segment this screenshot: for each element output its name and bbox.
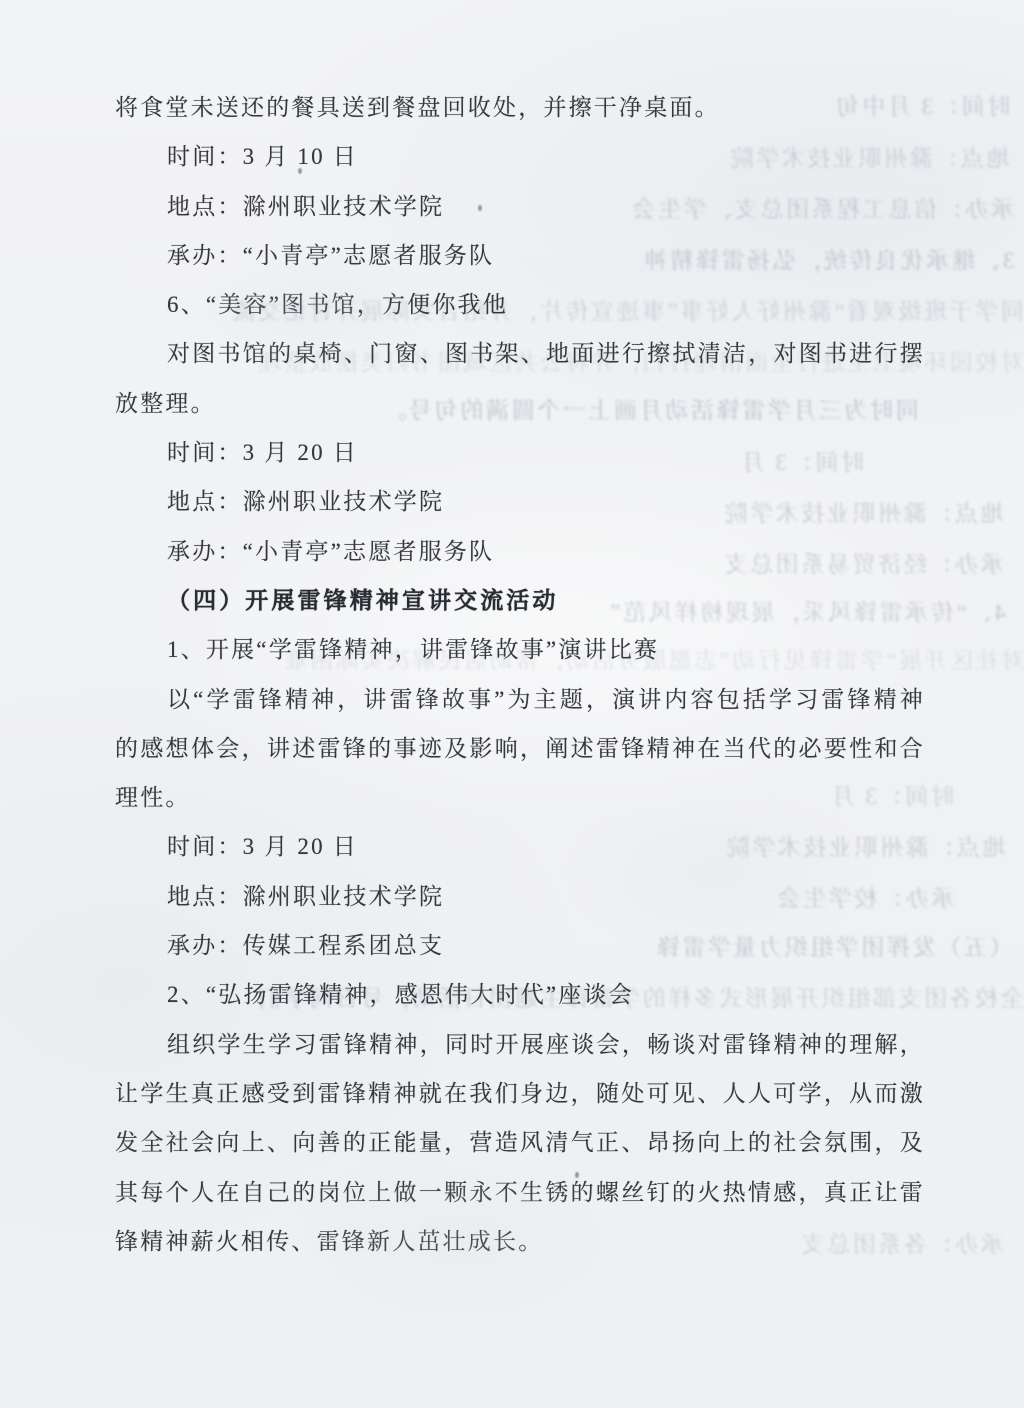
text-line: 2、“弘扬雷锋精神，感恩伟大时代”座谈会 [115, 970, 925, 1019]
text-line: 的感想体会，讲述雷锋的事迹及影响，阐述雷锋精神在当代的必要性和合 [115, 724, 925, 773]
text-line: 地点：滁州职业技术学院 [115, 182, 925, 231]
text-line: 理性。 [115, 773, 925, 822]
text-line: 发全社会向上、向善的正能量，营造风清气正、昂扬向上的社会氛围，及 [115, 1118, 925, 1167]
text-line: 6、“美容”图书馆，方便你我他 [115, 280, 925, 329]
section-heading: （四）开展雷锋精神宣讲交流活动 [115, 576, 925, 625]
text-line: 组织学生学习雷锋精神，同时开展座谈会，畅谈对雷锋精神的理解， [115, 1020, 925, 1069]
text-line: 地点：滁州职业技术学院 [115, 872, 925, 921]
text-line: 时间：3 月 20 日 [115, 428, 925, 477]
text-line: 承办：“小青亭”志愿者服务队 [115, 231, 925, 280]
text-line: 承办：传媒工程系团总支 [115, 921, 925, 970]
text-line: 其每个人在自己的岗位上做一颗永不生锈的螺丝钉的火热情感，真正让雷 [115, 1168, 925, 1217]
text-line: 地点：滁州职业技术学院 [115, 477, 925, 526]
text-line: 承办：“小青亭”志愿者服务队 [115, 527, 925, 576]
document-page: 时间：3 月中旬地点：滁州职业技术学院承办：信息工程系团总支、学生会3、继承优良… [0, 0, 1024, 1408]
text-line: 放整理。 [115, 379, 925, 428]
text-line: 让学生真正感受到雷锋精神就在我们身边，随处可见、人人可学，从而激 [115, 1069, 925, 1118]
text-line: 1、开展“学雷锋精神，讲雷锋故事”演讲比赛 [115, 625, 925, 674]
text-line: 时间：3 月 10 日 [115, 132, 925, 181]
text-line: 时间：3 月 20 日 [115, 822, 925, 871]
text-line: 将食堂未送还的餐具送到餐盘回收处，并擦干净桌面。 [115, 83, 925, 132]
text-line: 锋精神薪火相传、雷锋新人茁壮成长。 [115, 1217, 925, 1266]
text-line: 对图书馆的桌椅、门窗、图书架、地面进行擦拭清洁，对图书进行摆 [115, 329, 925, 378]
text-layer: 将食堂未送还的餐具送到餐盘回收处，并擦干净桌面。时间：3 月 10 日地点：滁州… [115, 83, 925, 1266]
text-line: 以“学雷锋精神，讲雷锋故事”为主题，演讲内容包括学习雷锋精神 [115, 675, 925, 724]
